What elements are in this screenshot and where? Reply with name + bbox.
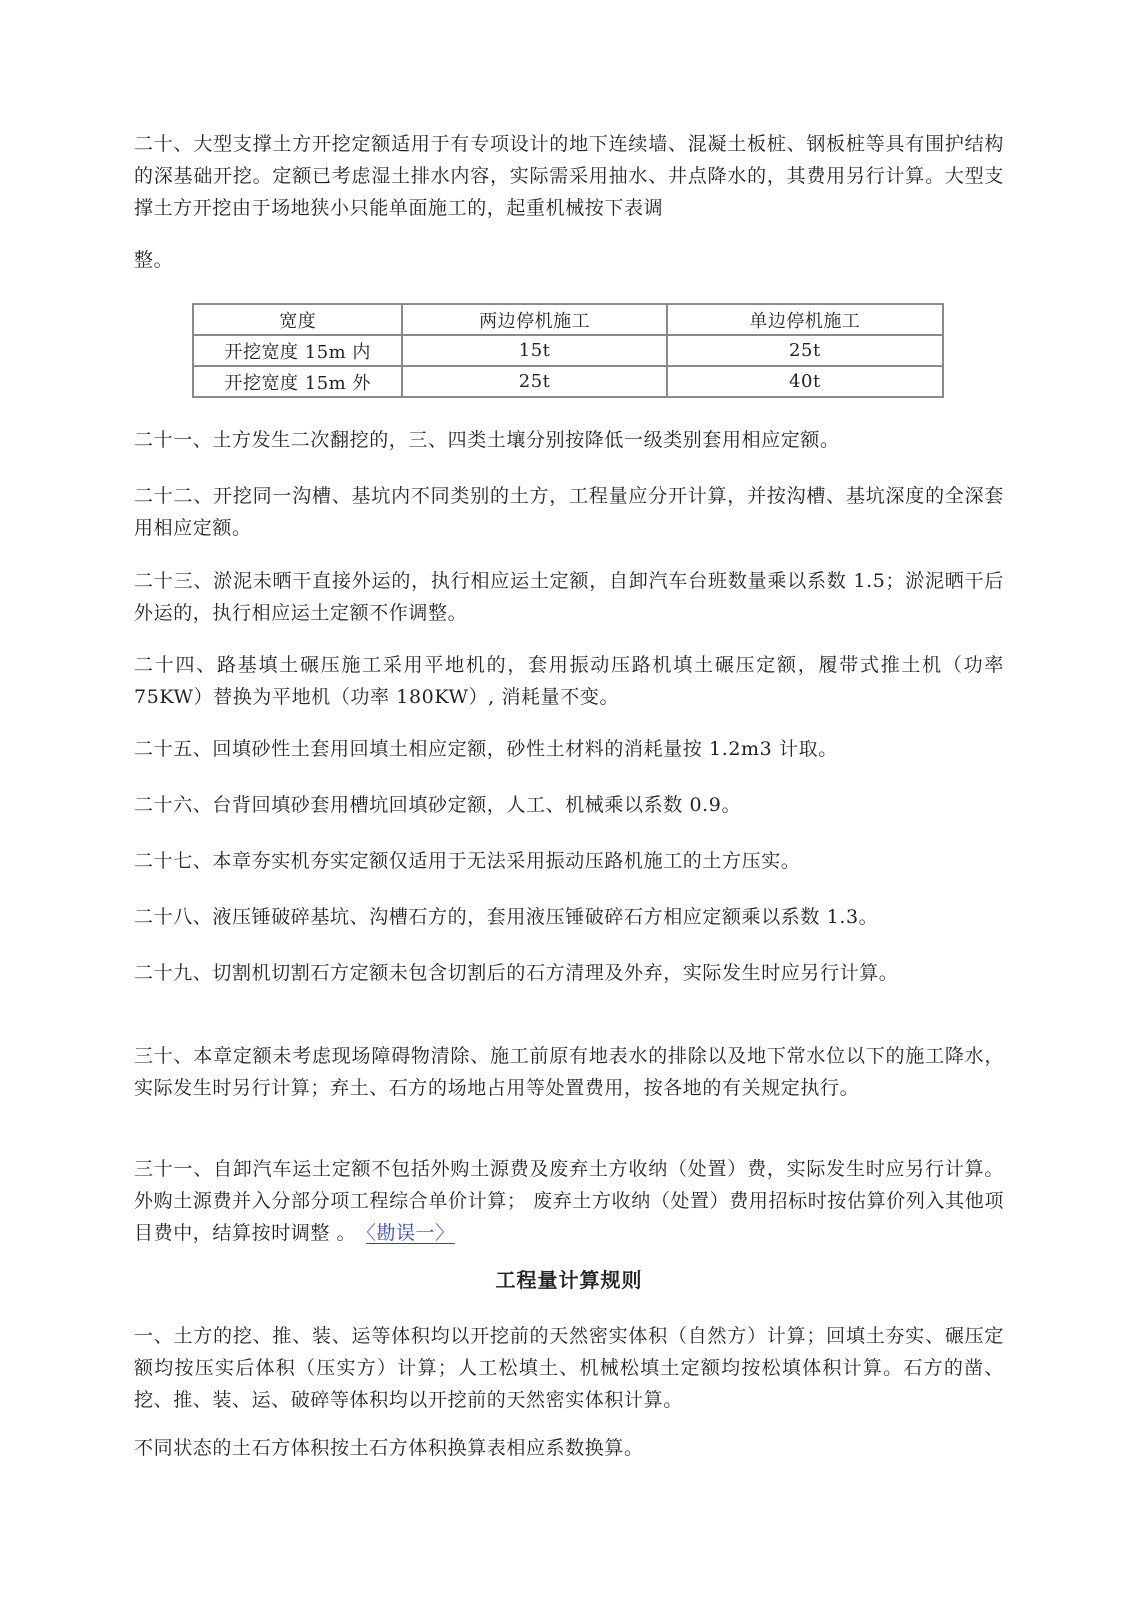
paragraph-28: 二十八、液压锤破碎基坑、沟槽石方的，套用液压锤破碎石方相应定额乘以系数 1.3。 xyxy=(134,901,1004,933)
table-header-cell: 单边停机施工 xyxy=(667,304,943,335)
paragraph-29: 二十九、切割机切割石方定额未包含切割后的石方清理及外弃，实际发生时应另行计算。 xyxy=(134,957,1004,989)
table-header-cell: 宽度 xyxy=(193,304,402,335)
paragraph-27: 二十七、本章夯实机夯实定额仅适用于无法采用振动压路机施工的土方压实。 xyxy=(134,845,1004,877)
table-row: 开挖宽度 15m 内 15t 25t xyxy=(193,335,943,366)
crane-adjustment-table: 宽度 两边停机施工 单边停机施工 开挖宽度 15m 内 15t 25t 开挖宽度… xyxy=(192,303,944,398)
paragraph-24: 二十四、路基填土碾压施工采用平地机的，套用振动压路机填土碾压定额，履带式推土机（… xyxy=(134,649,1004,713)
table-cell: 15t xyxy=(402,335,666,366)
paragraph-25: 二十五、回填砂性土套用回填土相应定额，砂性土材料的消耗量按 1.2m3 计取。 xyxy=(134,733,1004,765)
paragraph-20-tail: 整。 xyxy=(134,244,1004,276)
table-cell: 40t xyxy=(667,366,943,397)
paragraph-23: 二十三、淤泥未晒干直接外运的，执行相应运土定额，自卸汽车台班数量乘以系数 1.5… xyxy=(134,565,1004,629)
table-cell: 25t xyxy=(667,335,943,366)
table-header-row: 宽度 两边停机施工 单边停机施工 xyxy=(193,304,943,335)
paragraph-31: 三十一、自卸汽车运土定额不包括外购土源费及废弃土方收纳（处置）费，实际发生时应另… xyxy=(134,1153,1004,1249)
rule-note: 不同状态的土石方体积按土石方体积换算表相应系数换算。 xyxy=(134,1432,1004,1464)
table-cell: 开挖宽度 15m 内 xyxy=(193,335,402,366)
table-cell: 开挖宽度 15m 外 xyxy=(193,366,402,397)
paragraph-22: 二十二、开挖同一沟槽、基坑内不同类别的土方，工程量应分开计算，并按沟槽、基坑深度… xyxy=(134,480,1004,544)
paragraph-26: 二十六、台背回填砂套用槽坑回填砂定额，人工、机械乘以系数 0.9。 xyxy=(134,789,1004,821)
table-cell: 25t xyxy=(402,366,666,397)
errata-link[interactable]: 〈勘误一〉 xyxy=(356,1222,477,1244)
rule-1: 一、土方的挖、推、装、运等体积均以开挖前的天然密实体积（自然方）计算；回填土夯实… xyxy=(134,1320,1004,1416)
table-header-cell: 两边停机施工 xyxy=(402,304,666,335)
section-heading: 工程量计算规则 xyxy=(134,1264,1004,1296)
paragraph-21: 二十一、土方发生二次翻挖的，三、四类土壤分别按降低一级类别套用相应定额。 xyxy=(134,424,1004,456)
paragraph-30: 三十、本章定额未考虑现场障碍物清除、施工前原有地表水的排除以及地下常水位以下的施… xyxy=(134,1040,1004,1104)
table-row: 开挖宽度 15m 外 25t 40t xyxy=(193,366,943,397)
paragraph-20: 二十、大型支撑土方开挖定额适用于有专项设计的地下连续墙、混凝土板桩、钢板桩等具有… xyxy=(134,128,1004,224)
paragraph-31-text: 三十一、自卸汽车运土定额不包括外购土源费及废弃土方收纳（处置）费，实际发生时应另… xyxy=(134,1158,1004,1244)
